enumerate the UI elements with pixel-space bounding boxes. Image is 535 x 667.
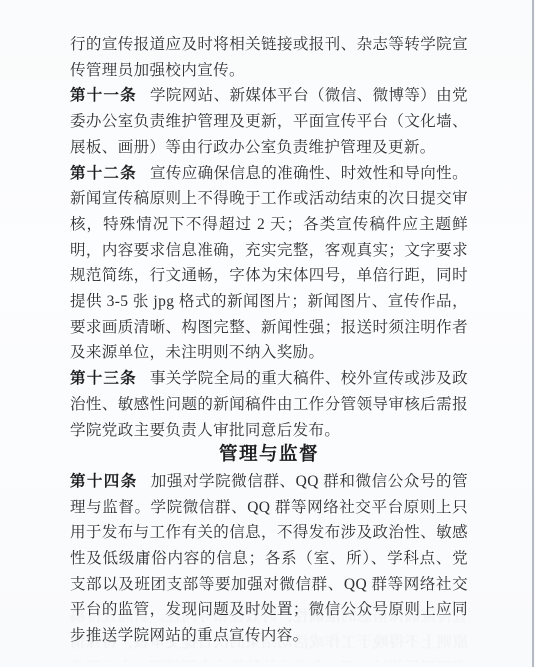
scan-edge-line [532, 0, 534, 667]
article-12-label: 第十二条 [70, 165, 137, 182]
article-14-text: 加强对学院微信群、QQ 群和微信公众号的管理与监督。学院微信群、QQ 群等网络社… [70, 473, 468, 644]
paragraph-article-11: 第十一条学院网站、新媒体平台（微信、微博等）由党委办公室负责维护管理及更新，平面… [70, 83, 468, 160]
paragraph-continuation: 行的宣传报道应及时将相关链接或报刊、杂志等转学院宣传管理员加强校内宣传。 [70, 32, 468, 83]
paragraph-continuation-text: 行的宣传报道应及时将相关链接或报刊、杂志等转学院宣传管理员加强校内宣传。 [70, 36, 468, 79]
article-12-text: 宣传应确保信息的准确性、时效性和导向性。新闻宣传稿原则上不得晚于工作或活动结束的… [70, 165, 468, 362]
section-heading-management-supervision: 管理与监督 [70, 443, 468, 469]
paragraph-article-14: 第十四条加强对学院微信群、QQ 群和微信公众号的管理与监督。学院微信群、QQ 群… [70, 469, 468, 649]
article-14-label: 第十四条 [70, 473, 138, 490]
article-11-label: 第十一条 [70, 87, 137, 104]
document-body: 行的宣传报道应及时将相关链接或报刊、杂志等转学院宣传管理员加强校内宣传。 第十一… [70, 32, 468, 649]
scanned-page: 行的宣传报道应及时将相关链接或报刊、杂志等转学院宣传管理员加强校内宣传。 第十一… [0, 0, 535, 667]
paragraph-article-12: 第十二条宣传应确保信息的准确性、时效性和导向性。新闻宣传稿原则上不得晚于工作或活… [70, 161, 468, 367]
paragraph-article-13: 第十三条事关学院全局的重大稿件、校外宣传或涉及政治性、敏感性问题的新闻稿件由工作… [70, 366, 468, 443]
article-13-label: 第十三条 [70, 370, 137, 387]
